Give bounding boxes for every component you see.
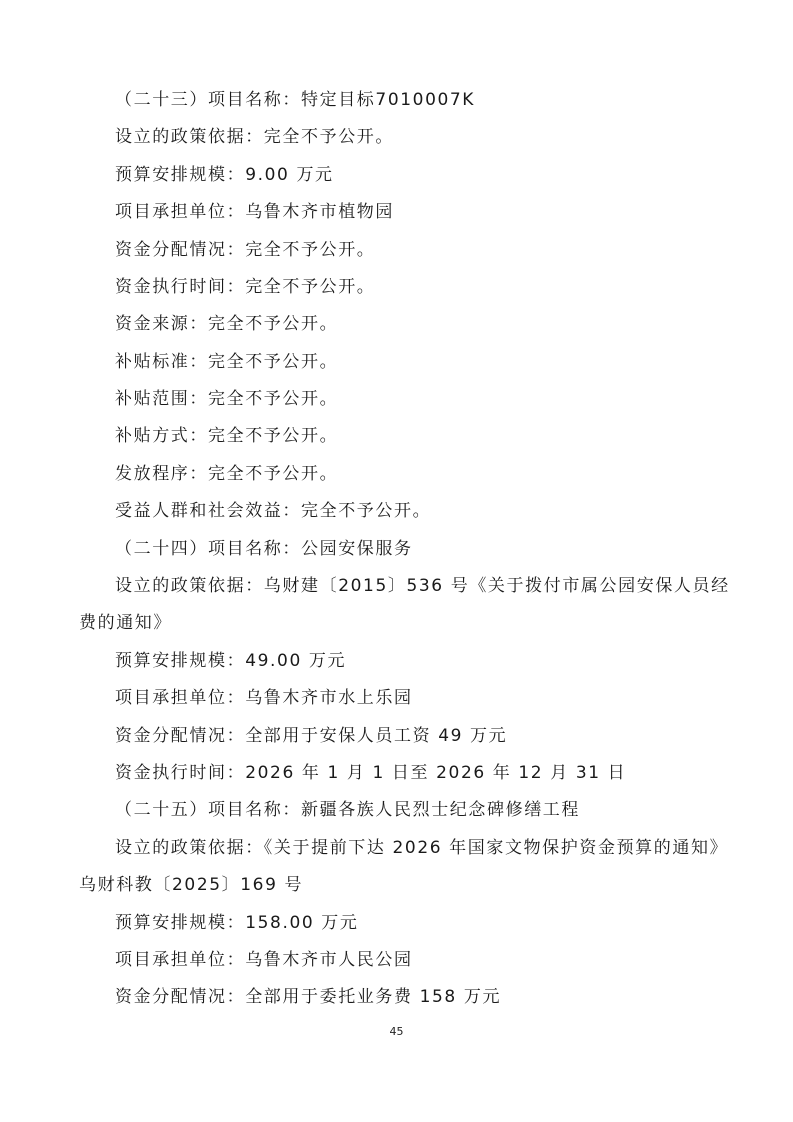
project-25-fund-allocation: 资金分配情况：全部用于委托业务费 158 万元 xyxy=(115,986,501,1008)
project-23-subsidy-scope: 补贴范围：完全不予公开。 xyxy=(115,388,338,410)
project-25-policy-basis-cont: 乌财科教〔2025〕169 号 xyxy=(79,874,303,896)
project-23-distribution-procedure: 发放程序：完全不予公开。 xyxy=(115,463,338,485)
project-23-fund-allocation: 资金分配情况：完全不予公开。 xyxy=(115,239,375,261)
project-24-fund-allocation: 资金分配情况：全部用于安保人员工资 49 万元 xyxy=(115,725,507,747)
project-25-policy-basis: 设立的政策依据：《关于提前下达 2026 年国家文物保护资金预算的通知》 xyxy=(115,837,728,859)
project-23-title: （二十三）项目名称：特定目标7010007K xyxy=(115,89,475,111)
project-23-beneficiaries: 受益人群和社会效益：完全不予公开。 xyxy=(115,500,431,522)
project-24-undertaking-unit: 项目承担单位：乌鲁木齐市水上乐园 xyxy=(115,687,413,709)
project-25-undertaking-unit: 项目承担单位：乌鲁木齐市人民公园 xyxy=(115,949,413,971)
project-23-undertaking-unit: 项目承担单位：乌鲁木齐市植物园 xyxy=(115,201,394,223)
project-23-fund-source: 资金来源：完全不予公开。 xyxy=(115,313,338,335)
project-24-policy-basis-cont: 费的通知》 xyxy=(79,612,172,634)
project-23-policy-basis: 设立的政策依据：完全不予公开。 xyxy=(115,126,394,148)
project-24-title: （二十四）项目名称：公园安保服务 xyxy=(115,538,413,560)
page-number: 45 xyxy=(0,1025,793,1038)
project-23-execution-time: 资金执行时间：完全不予公开。 xyxy=(115,276,375,298)
project-25-title: （二十五）项目名称：新疆各族人民烈士纪念碑修缮工程 xyxy=(115,799,580,821)
project-25-budget-scale: 预算安排规模：158.00 万元 xyxy=(115,912,359,934)
project-23-subsidy-standard: 补贴标准：完全不予公开。 xyxy=(115,351,338,373)
project-24-execution-time: 资金执行时间：2026 年 1 月 1 日至 2026 年 12 月 31 日 xyxy=(115,762,626,784)
project-24-policy-basis: 设立的政策依据：乌财建〔2015〕536 号《关于拨付市属公园安保人员经 xyxy=(115,575,730,597)
project-24-budget-scale: 预算安排规模：49.00 万元 xyxy=(115,650,346,672)
document-page: （二十三）项目名称：特定目标7010007K 设立的政策依据：完全不予公开。 预… xyxy=(0,0,793,1122)
project-23-subsidy-method: 补贴方式：完全不予公开。 xyxy=(115,425,338,447)
project-23-budget-scale: 预算安排规模：9.00 万元 xyxy=(115,164,334,186)
